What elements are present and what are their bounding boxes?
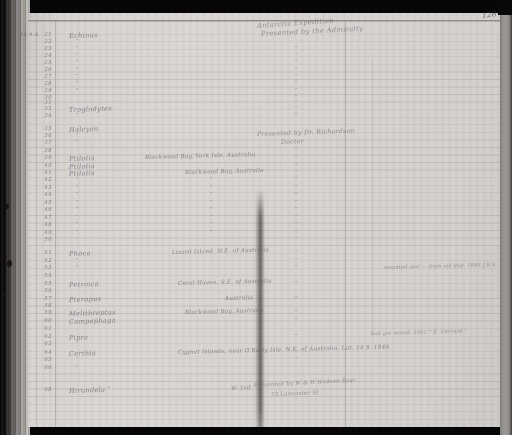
book-spine [0, 0, 30, 435]
margin-column-rule [36, 21, 37, 427]
ledger-paper-page [28, 13, 500, 427]
number-column-rule [55, 21, 56, 427]
right-page-edge [500, 0, 512, 435]
right-page-edge-corner [498, 0, 512, 15]
middle-column-rule [345, 21, 346, 427]
header-rule-line [28, 20, 500, 22]
spine-speck [5, 204, 9, 209]
spine-speck [7, 260, 12, 267]
middle-column-rule-2 [372, 58, 373, 337]
scanned-register-document: { "scan": { "page_number": "126", "ditto… [0, 0, 512, 435]
page-crease-shadow [255, 189, 265, 427]
spine-speck [3, 292, 6, 296]
